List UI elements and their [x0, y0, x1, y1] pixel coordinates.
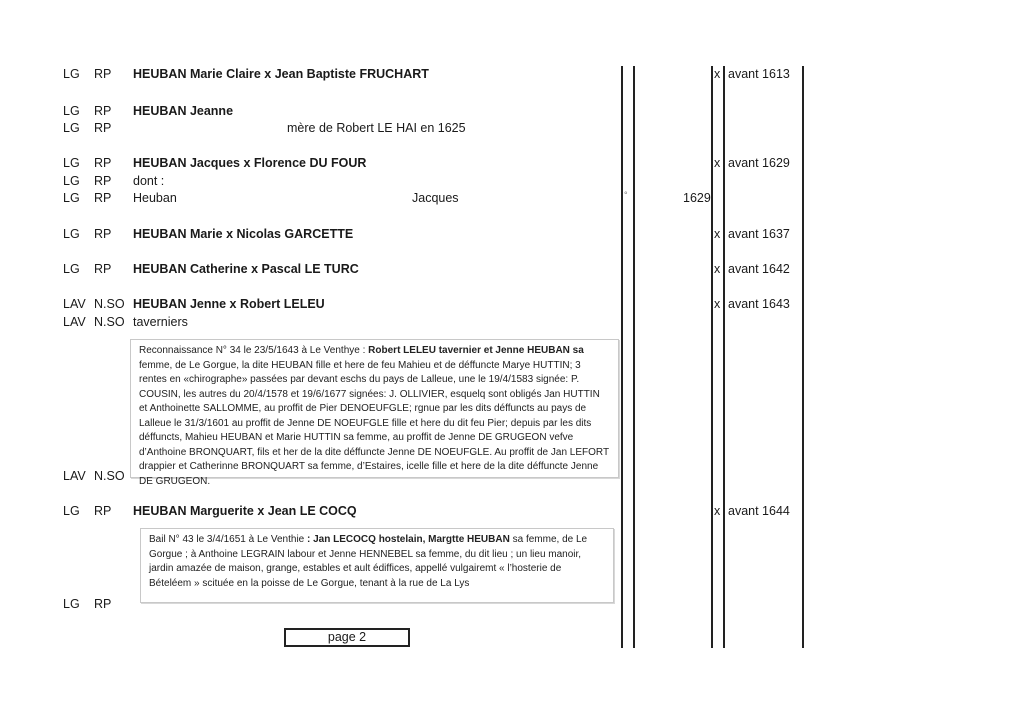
marriage-date: avant 1644 — [728, 504, 790, 519]
location-code: LAV — [63, 315, 86, 330]
marriage-date: avant 1643 — [728, 297, 790, 312]
location-code: LG — [63, 262, 80, 277]
register-code: RP — [94, 227, 111, 242]
location-code: LG — [63, 504, 80, 519]
marriage-mark: x — [714, 156, 720, 171]
register-code: RP — [94, 104, 111, 119]
register-code: RP — [94, 121, 111, 136]
marriage-mark: x — [714, 504, 720, 519]
column-rule — [802, 66, 804, 648]
register-code: N.SO — [94, 297, 125, 312]
register-code: N.SO — [94, 469, 125, 484]
marriage-mark: x — [714, 67, 720, 82]
register-code: RP — [94, 597, 111, 612]
register-code: RP — [94, 262, 111, 277]
deed-note-text: Reconnaissance N° 34 le 23/5/1643 à Le V… — [139, 344, 610, 489]
location-code: LAV — [63, 469, 86, 484]
birth-year: 1629 — [683, 191, 711, 206]
entry-note: dont : — [133, 174, 164, 189]
register-code: RP — [94, 156, 111, 171]
column-rule — [621, 66, 623, 648]
birth-symbol: ° — [624, 188, 628, 203]
marriage-mark: x — [714, 297, 720, 312]
entry-name: HEUBAN Jeanne — [133, 104, 233, 119]
register-code: RP — [94, 67, 111, 82]
marriage-date: avant 1629 — [728, 156, 790, 171]
child-firstname: Jacques — [412, 191, 459, 206]
location-code: LG — [63, 67, 80, 82]
entry-name: HEUBAN Catherine x Pascal LE TURC — [133, 262, 359, 277]
register-code: RP — [94, 504, 111, 519]
child-surname: Heuban — [133, 191, 177, 206]
register-code: N.SO — [94, 315, 125, 330]
location-code: LG — [63, 597, 80, 612]
entry-note: mère de Robert LE HAI en 1625 — [287, 121, 466, 136]
location-code: LAV — [63, 297, 86, 312]
entry-name: HEUBAN Marie Claire x Jean Baptiste FRUC… — [133, 67, 429, 82]
deed-note-box: Reconnaissance N° 34 le 23/5/1643 à Le V… — [130, 339, 619, 478]
location-code: LG — [63, 104, 80, 119]
entry-name: HEUBAN Jenne x Robert LELEU — [133, 297, 325, 312]
entry-name: HEUBAN Marie x Nicolas GARCETTE — [133, 227, 353, 242]
page-number: page 2 — [284, 628, 410, 647]
entry-name: HEUBAN Jacques x Florence DU FOUR — [133, 156, 366, 171]
entry-note: taverniers — [133, 315, 188, 330]
location-code: LG — [63, 174, 80, 189]
register-code: RP — [94, 191, 111, 206]
register-code: RP — [94, 174, 111, 189]
column-rule — [723, 66, 725, 648]
entry-name: HEUBAN Marguerite x Jean LE COCQ — [133, 504, 357, 519]
location-code: LG — [63, 191, 80, 206]
column-rule — [633, 66, 635, 648]
location-code: LG — [63, 156, 80, 171]
column-rule — [711, 66, 713, 648]
marriage-mark: x — [714, 262, 720, 277]
marriage-date: avant 1613 — [728, 67, 790, 82]
marriage-mark: x — [714, 227, 720, 242]
marriage-date: avant 1637 — [728, 227, 790, 242]
lease-note-text: Bail N° 43 le 3/4/1651 à Le Venthie : Ja… — [149, 533, 605, 591]
location-code: LG — [63, 227, 80, 242]
marriage-date: avant 1642 — [728, 262, 790, 277]
location-code: LG — [63, 121, 80, 136]
lease-note-box: Bail N° 43 le 3/4/1651 à Le Venthie : Ja… — [140, 528, 614, 603]
